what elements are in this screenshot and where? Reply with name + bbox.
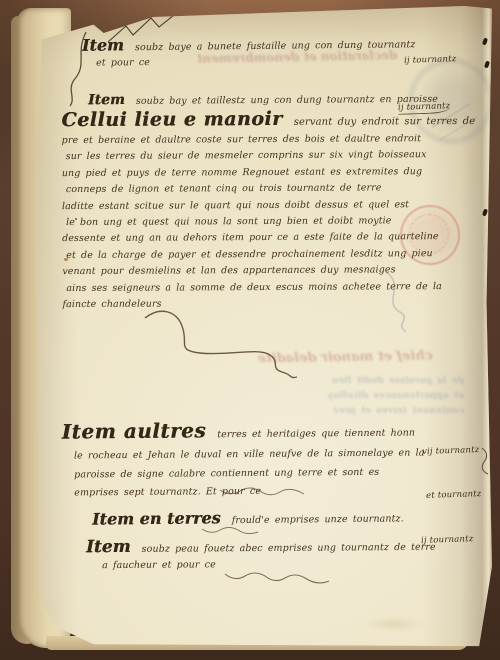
entry-6-lines: a faucheur et pour ce [86, 555, 436, 574]
flourish-wavy-3 [225, 573, 329, 583]
entry-1-heading: Item [82, 35, 124, 54]
page-left-shading [34, 6, 78, 650]
manuscript-line: faincte chandeleurs [62, 295, 476, 314]
flourish-wavy-2 [202, 528, 258, 534]
manuscript-line: sur les terres du sieur de mesmeler comp… [66, 147, 476, 166]
margin-note-5: ij tournantz [421, 534, 474, 546]
entry-3-lines: pre et beraine et daultre coste sur terr… [62, 131, 477, 314]
entry-2-lead: soubz bay et taillestz ung con dung tour… [136, 94, 438, 107]
margin-note-4: et tournantz [426, 489, 482, 501]
manuscript-line: dessente et ung an au dehors item pour c… [62, 229, 476, 248]
entry-item-2: Item soubz bay et taillestz ung con dung… [88, 87, 438, 108]
manuscript-page: declaration et denombrement chief et man… [34, 6, 492, 650]
entry-4-lead: terres et heritaiges que tiennent honn [217, 427, 415, 440]
ink-fleck [75, 218, 77, 220]
entry-4-heading: Item aultres [62, 418, 207, 443]
photograph-of-manuscript: declaration et denombrement chief et man… [0, 0, 500, 660]
entry-5-lead: frould'e emprises unze tournantz. [232, 513, 404, 526]
margin-note-3: vij tournantz [422, 445, 480, 457]
entry-item-aultres: Item aultres terres et heritaiges que ti… [62, 416, 425, 503]
manuscript-line: paroisse de signe calabre contiennent un… [74, 463, 425, 485]
entry-item-6: Item soubz peau fouetz abec emprises ung… [86, 535, 436, 574]
manuscript-line: emprises sept tournantz. Et pour ce [74, 482, 425, 504]
entry-4-lines: le rocheau et Jehan le duval en ville ne… [74, 444, 425, 503]
paraph-squiggle [145, 311, 297, 377]
manuscript-line: et pour ce [96, 51, 416, 72]
entry-6-lead: soubz peau fouetz abec emprises ung tour… [142, 542, 436, 555]
entry-6-heading: Item [86, 537, 131, 557]
entry-5-heading: Item en terres [92, 508, 221, 528]
entry-1-lines: et pour ce [82, 51, 416, 72]
manuscript-line: le rocheau et Jehan le duval en ville ne… [74, 444, 425, 466]
manuscript-line: et de la charge de payer et dessendre pr… [66, 246, 476, 265]
entry-3-lead: servant duy endroit sur terres de [294, 116, 476, 128]
margin-note-1: ij tournantz [404, 54, 457, 66]
entry-3-heading: Cellui lieu e manoir [61, 108, 282, 131]
entry-item-en-terres: Item en terres frould'e emprises unze to… [92, 506, 404, 528]
paper-stain [364, 616, 424, 632]
manuscript-line: a faucheur et pour ce [102, 555, 436, 574]
entry-2-heading: Item [88, 92, 125, 108]
entry-manor-description: Cellui lieu e manoir servant duy endroit… [61, 107, 476, 314]
entry-1-lead: soubz baye a bunete fustaille ung con du… [135, 39, 416, 53]
manuscript-line: ains ses seigneurs a la somme de deux es… [66, 279, 476, 298]
manuscript-line: ung pied et puys de terre nomme Regnouet… [62, 164, 476, 183]
ink-fleck [64, 258, 68, 261]
entry-item-1: Item soubz baye a bunete fustaille ung c… [82, 32, 416, 72]
